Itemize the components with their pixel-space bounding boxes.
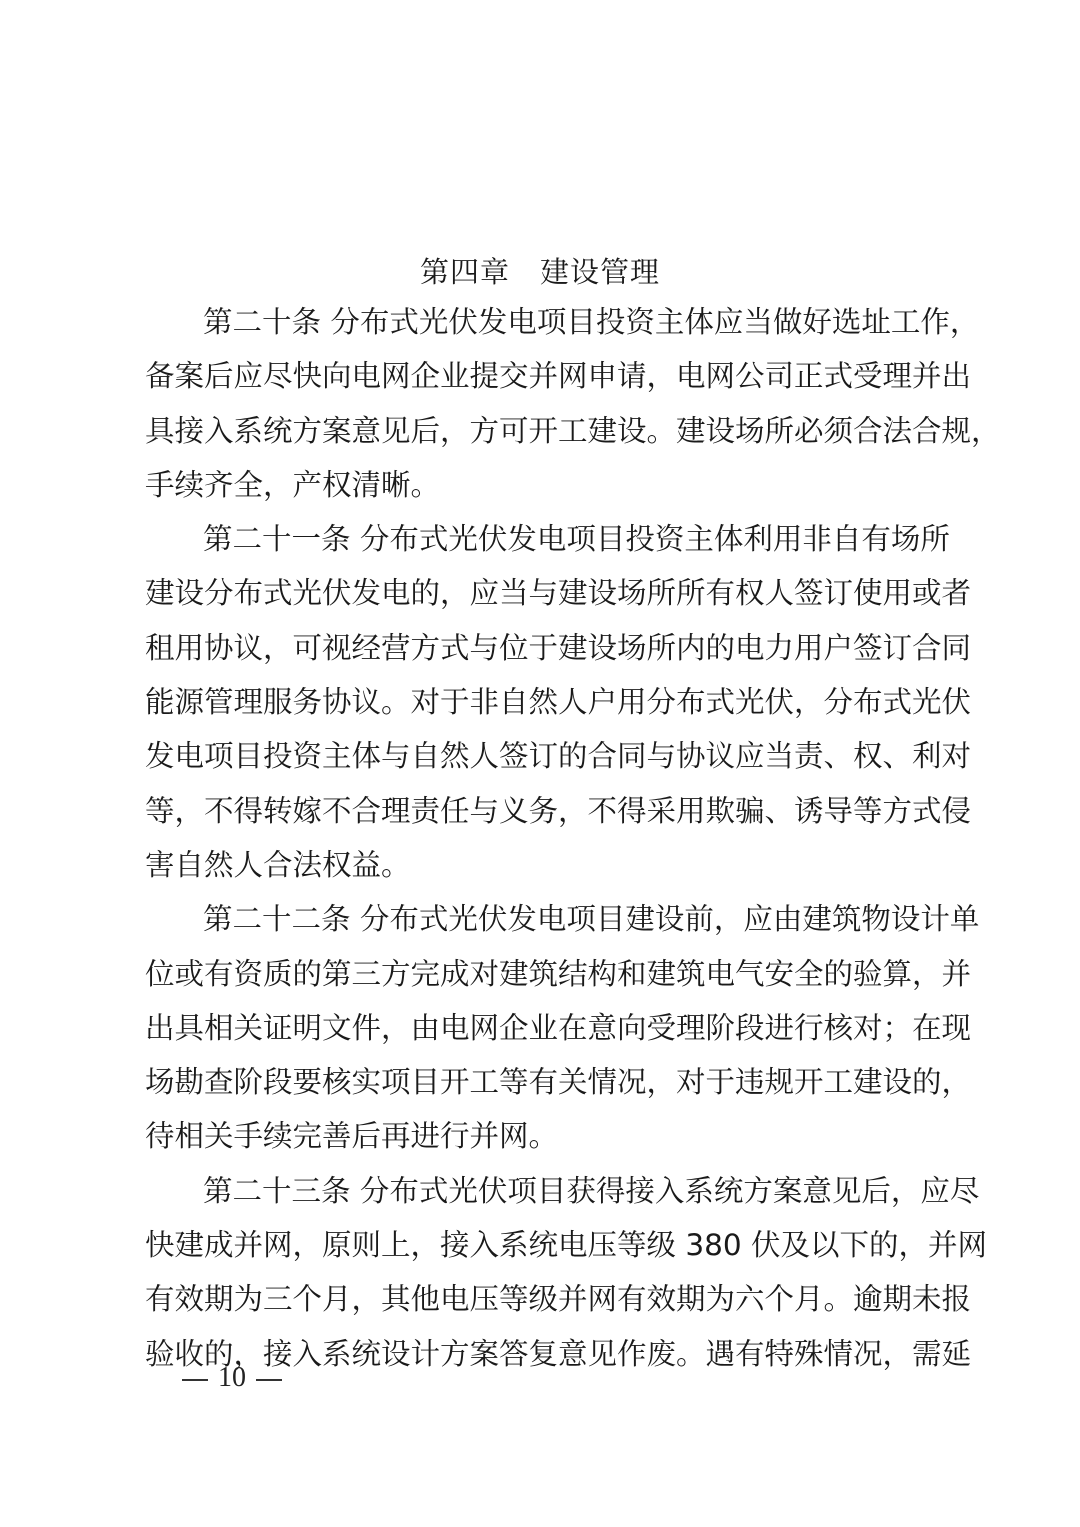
article-line: 出具相关证明文件，由电网企业在意向受理阶段进行核对；在现 [145,1006,937,1060]
article-line: 手续齐全，产权清晰。 [145,463,937,517]
right-dash [256,1379,282,1381]
article-line: 第二十三条 分布式光伏项目获得接入系统方案意见后，应尽 [145,1169,937,1223]
article-line: 待相关手续完善后再进行并网。 [145,1114,937,1168]
article-line: 快建成并网，原则上，接入系统电压等级 380 伏及以下的，并网 [145,1223,937,1277]
article-line: 租用协议，可视经营方式与位于建设场所内的电力用户签订合同 [145,626,937,680]
page-number: 10 [218,1362,246,1393]
article-23: 第二十三条 分布式光伏项目获得接入系统方案意见后，应尽 快建成并网，原则上，接入… [145,1169,937,1386]
document-body: 第二十条 分布式光伏发电项目投资主体应当做好选址工作， 备案后应尽快向电网企业提… [145,300,937,1386]
article-line: 具接入系统方案意见后，方可开工建设。建设场所必须合法合规， [145,409,937,463]
chapter-number: 第四章 [420,255,510,289]
article-line: 第二十条 分布式光伏发电项目投资主体应当做好选址工作， [145,300,937,354]
article-line: 备案后应尽快向电网企业提交并网申请，电网公司正式受理并出 [145,354,937,408]
chapter-title-text: 建设管理 [540,255,660,289]
left-dash [182,1379,208,1381]
article-20: 第二十条 分布式光伏发电项目投资主体应当做好选址工作， 备案后应尽快向电网企业提… [145,300,937,517]
article-line: 害自然人合法权益。 [145,843,937,897]
article-21: 第二十一条 分布式光伏发电项目投资主体利用非自有场所 建设分布式光伏发电的，应当… [145,517,937,897]
article-line: 第二十一条 分布式光伏发电项目投资主体利用非自有场所 [145,517,937,571]
article-line: 有效期为三个月，其他电压等级并网有效期为六个月。逾期未报 [145,1277,937,1331]
article-line: 能源管理服务协议。对于非自然人户用分布式光伏，分布式光伏 [145,680,937,734]
article-line: 发电项目投资主体与自然人签订的合同与协议应当责、权、利对 [145,734,937,788]
page-footer: 10 [172,1360,292,1396]
article-line: 第二十二条 分布式光伏发电项目建设前，应由建筑物设计单 [145,897,937,951]
article-line: 场勘查阶段要核实项目开工等有关情况，对于违规开工建设的， [145,1060,937,1114]
document-page: 第四章建设管理 第二十条 分布式光伏发电项目投资主体应当做好选址工作， 备案后应… [0,0,1080,1527]
article-22: 第二十二条 分布式光伏发电项目建设前，应由建筑物设计单 位或有资质的第三方完成对… [145,897,937,1168]
article-line: 位或有资质的第三方完成对建筑结构和建筑电气安全的验算，并 [145,952,937,1006]
article-line: 建设分布式光伏发电的，应当与建设场所所有权人签订使用或者 [145,571,937,625]
article-line: 等，不得转嫁不合理责任与义务，不得采用欺骗、诱导等方式侵 [145,789,937,843]
chapter-heading: 第四章建设管理 [0,250,1080,294]
